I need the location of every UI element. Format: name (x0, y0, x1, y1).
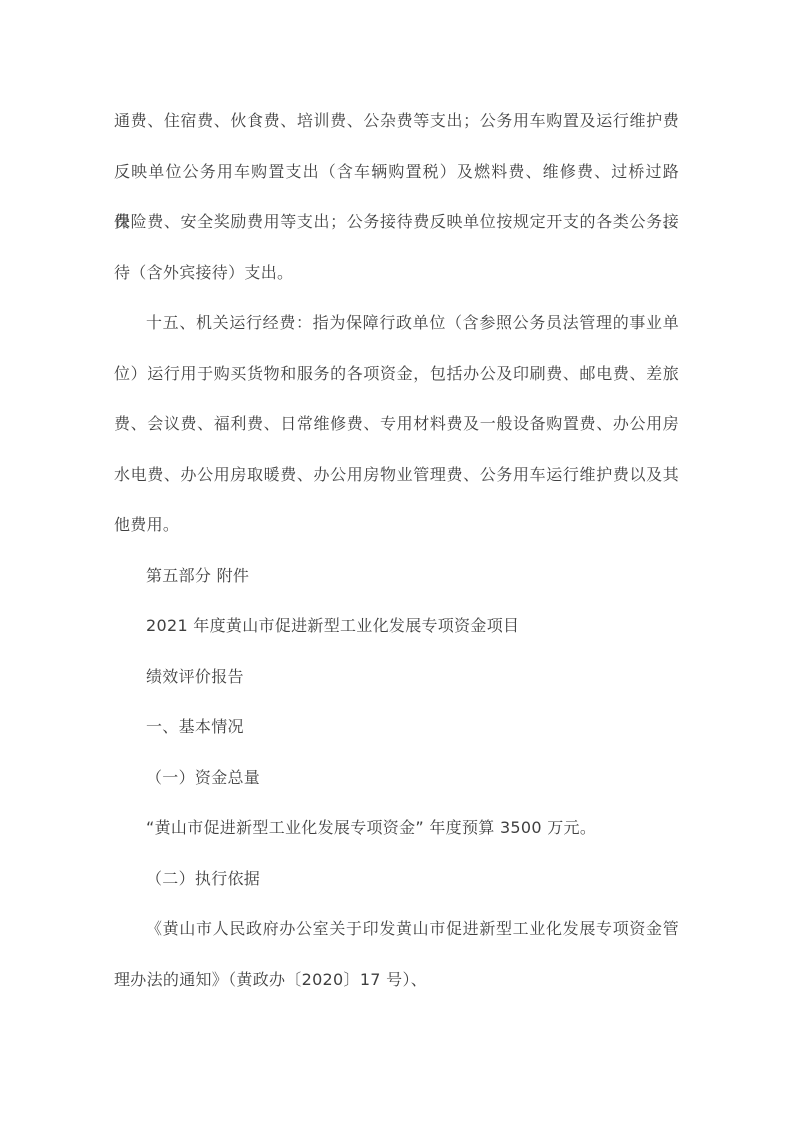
text-line: 水电费、办公用房取暖费、办公用房物业管理费、公务用车运行维护费以及其 (114, 450, 679, 501)
text-line: 十五、机关运行经费：指为保障行政单位（含参照公务员法管理的事业单 (114, 298, 679, 349)
paragraph: （一）资金总量 (114, 753, 679, 804)
paragraph: 2021 年度黄山市促进新型工业化发展专项资金项目 (114, 601, 679, 652)
text-line: （二）执行依据 (114, 854, 679, 905)
text-line: 保险费、安全奖励费用等支出；公务接待费反映单位按规定开支的各类公务接 (114, 197, 679, 248)
text-line: 2021 年度黄山市促进新型工业化发展专项资金项目 (114, 601, 679, 652)
text-line: 第五部分 附件 (114, 551, 679, 602)
text-line: 他费用。 (114, 500, 679, 551)
paragraph: 十五、机关运行经费：指为保障行政单位（含参照公务员法管理的事业单位）运行用于购买… (114, 298, 679, 551)
text-line: 位）运行用于购买货物和服务的各项资金，包括办公及印刷费、邮电费、差旅 (114, 349, 679, 400)
paragraph: （二）执行依据 (114, 854, 679, 905)
paragraph: 通费、住宿费、伙食费、培训费、公杂费等支出；公务用车购置及运行维护费反映单位公务… (114, 96, 679, 298)
text-line: （一）资金总量 (114, 753, 679, 804)
text-line: 反映单位公务用车购置支出（含车辆购置税）及燃料费、维修费、过桥过路费、 (114, 147, 679, 198)
paragraph: 绩效评价报告 (114, 652, 679, 703)
text-line: 绩效评价报告 (114, 652, 679, 703)
document-body: 通费、住宿费、伙食费、培训费、公杂费等支出；公务用车购置及运行维护费反映单位公务… (0, 0, 793, 1005)
text-line: 费、会议费、福利费、日常维修费、专用材料费及一般设备购置费、办公用房 (114, 399, 679, 450)
text-line: 理办法的通知》（黄政办〔2020〕17 号）、 (114, 955, 679, 1006)
paragraph: 一、基本情况 (114, 702, 679, 753)
paragraph: “黄山市促进新型工业化发展专项资金” 年度预算 3500 万元。 (114, 803, 679, 854)
text-line: 待（含外宾接待）支出。 (114, 248, 679, 299)
paragraph: 第五部分 附件 (114, 551, 679, 602)
text-line: 《黄山市人民政府办公室关于印发黄山市促进新型工业化发展专项资金管 (114, 904, 679, 955)
paragraph: 《黄山市人民政府办公室关于印发黄山市促进新型工业化发展专项资金管理办法的通知》（… (114, 904, 679, 1005)
text-line: 一、基本情况 (114, 702, 679, 753)
text-line: 通费、住宿费、伙食费、培训费、公杂费等支出；公务用车购置及运行维护费 (114, 96, 679, 147)
text-line: “黄山市促进新型工业化发展专项资金” 年度预算 3500 万元。 (114, 803, 679, 854)
document-page: 通费、住宿费、伙食费、培训费、公杂费等支出；公务用车购置及运行维护费反映单位公务… (0, 0, 793, 1122)
